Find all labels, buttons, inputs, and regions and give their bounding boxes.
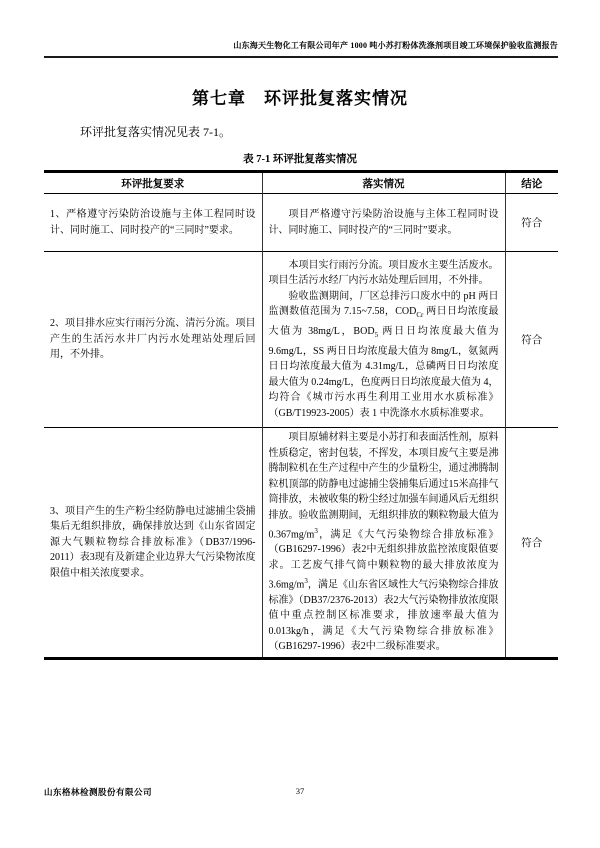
table-header-row: 环评批复要求 落实情况 结论 [44,172,558,194]
page-header-report-title: 山东海天生物化工有限公司年产 1000 吨小苏打粉体洗涤剂项目竣工环境保护验收监… [44,40,558,58]
table-caption: 表 7-1 环评批复落实情况 [0,151,600,166]
table-row: 1、严格遵守污染防治设施与主体工程同时设计、同时施工、同时投产的“三同时”要求。… [44,194,558,252]
table-7-1: 环评批复要求 落实情况 结论 1、严格遵守污染防治设施与主体工程同时设计、同时施… [44,170,558,660]
cell-implementation-3: 项目原辅材料主要是小苏打和表面活性剂，原料性质稳定，密封包装，不挥发，本项目废气… [262,428,505,659]
footer-page-number: 37 [0,786,600,796]
cell-conclusion-2: 符合 [505,252,558,428]
table-row: 2、项目排水应实行雨污分流、清污分流。项目产生的生活污水井厂内污水处理站处理后回… [44,252,558,428]
col-header-implementation: 落实情况 [262,172,505,194]
cell-requirement-2: 2、项目排水应实行雨污分流、清污分流。项目产生的生活污水井厂内污水处理站处理后回… [44,252,262,428]
cell-requirement-1: 1、严格遵守污染防治设施与主体工程同时设计、同时施工、同时投产的“三同时”要求。 [44,194,262,252]
cell-conclusion-3: 符合 [505,428,558,659]
cell-implementation-1: 项目严格遵守污染防治设施与主体工程同时设计、同时施工、同时投产的“三同时”要求。 [262,194,505,252]
table-row: 3、项目产生的生产粉尘经防静电过滤捕尘袋捕集后无组织排放，确保排放达到《山东省固… [44,428,558,659]
cell-requirement-3: 3、项目产生的生产粉尘经防静电过滤捕尘袋捕集后无组织排放，确保排放达到《山东省固… [44,428,262,659]
table-7-1-wrapper: 环评批复要求 落实情况 结论 1、严格遵守污染防治设施与主体工程同时设计、同时施… [44,170,558,660]
intro-paragraph: 环评批复落实情况见表 7-1。 [44,123,558,140]
cell-conclusion-1: 符合 [505,194,558,252]
col-header-requirement: 环评批复要求 [44,172,262,194]
cell-implementation-2: 本项目实行雨污分流。项目废水主要生活废水。项目生活污水经厂内污水站处理后回用，不… [262,252,505,428]
col-header-conclusion: 结论 [505,172,558,194]
document-page: 山东海天生物化工有限公司年产 1000 吨小苏打粉体洗涤剂项目竣工环境保护验收监… [0,0,600,848]
chapter-title: 第七章 环评批复落实情况 [0,84,600,109]
